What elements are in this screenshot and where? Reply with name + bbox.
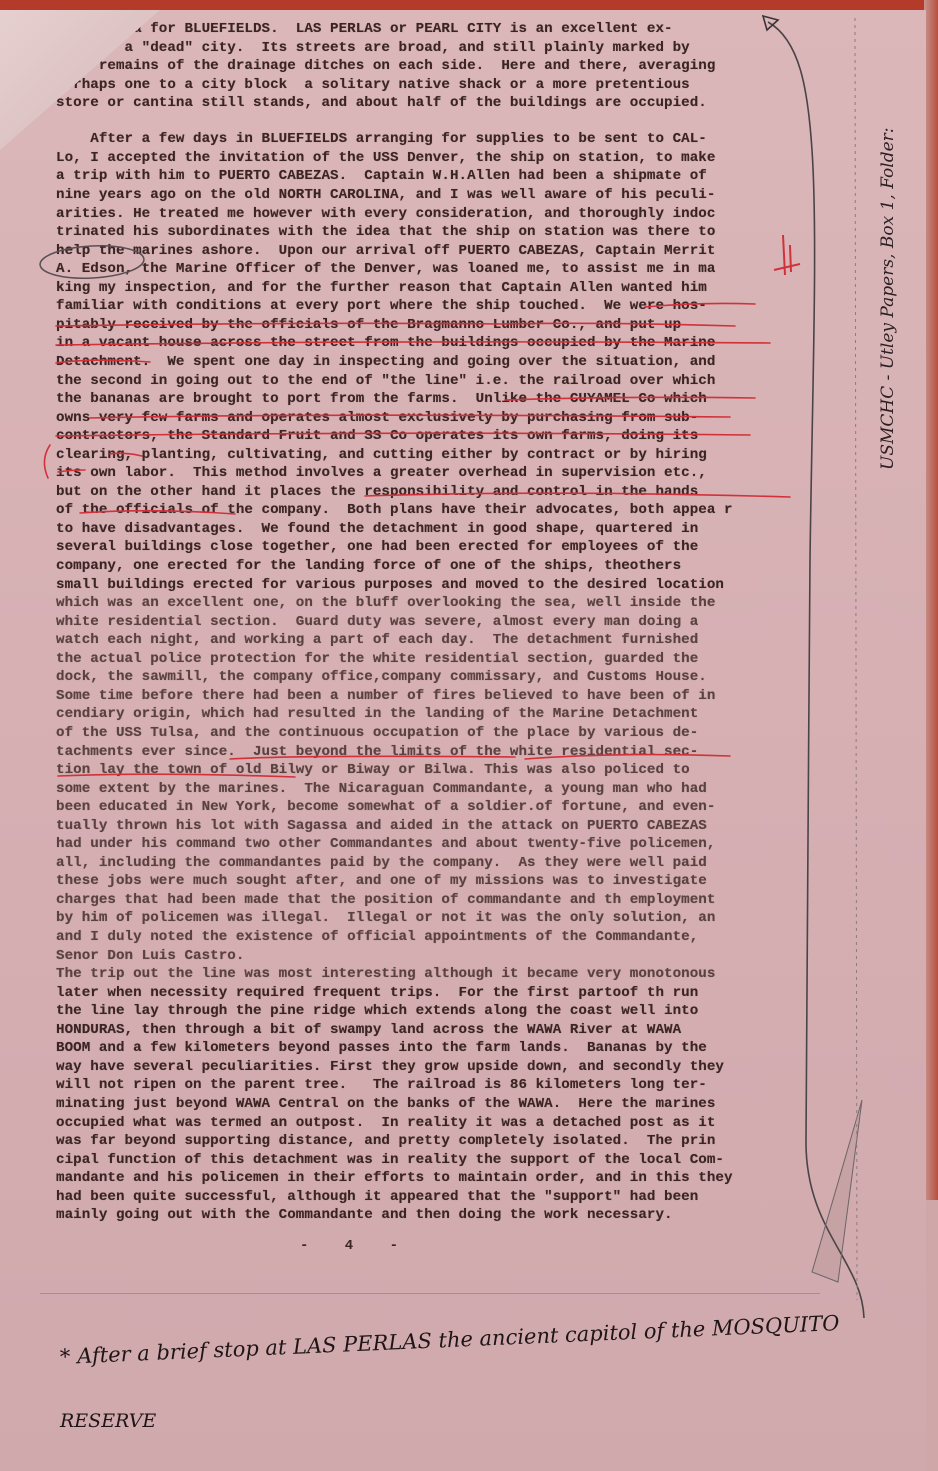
- typed-line: A. Edson, the Marine Officer of the Denv…: [56, 260, 715, 278]
- typed-line: Senor Don Luis Castro.: [56, 947, 244, 965]
- typed-line: he remains of the drainage ditches on ea…: [56, 57, 715, 75]
- typed-line: a trip with him to PUERTO CABEZAS. Capta…: [56, 167, 707, 185]
- typed-line: mainly going out with the Commandante an…: [56, 1206, 673, 1224]
- typed-line: le of a "dead" city. Its streets are bro…: [56, 39, 690, 57]
- typed-line: and I duly noted the existence of offici…: [56, 928, 698, 946]
- typed-line: nine years ago on the old NORTH CAROLINA…: [56, 186, 715, 204]
- typed-line: The trip out the line was most interesti…: [56, 965, 715, 983]
- margin-archive-note: USMCHC - Utley Papers, Box 1, Folder:: [878, 127, 898, 470]
- typed-line: been educated in New York, become somewh…: [56, 798, 715, 816]
- typed-line: some extent by the marines. The Nicaragu…: [56, 780, 707, 798]
- typed-line: pitably received by the officials of the…: [56, 316, 681, 334]
- typed-line: but on the other hand it places the resp…: [56, 483, 698, 501]
- typed-line: HONDURAS, then through a bit of swampy l…: [56, 1021, 681, 1039]
- typed-line: arities. He treated me however with ever…: [56, 205, 715, 223]
- typed-line: several buildings close together, one ha…: [56, 538, 698, 556]
- typed-line: perhaps one to a city block a solitary n…: [56, 76, 690, 94]
- typed-line: minating just beyond WAWA Central on the…: [56, 1095, 715, 1113]
- typed-line: Lo, I accepted the invitation of the USS…: [56, 149, 715, 167]
- handwritten-footnote-continued: RESERVE: [60, 1410, 156, 1432]
- typed-line: will not ripen on the parent tree. The r…: [56, 1076, 707, 1094]
- typed-line: mandante and his policemen in their effo…: [56, 1169, 733, 1187]
- typed-line: of the USS Tulsa, and the continuous occ…: [56, 724, 698, 742]
- typed-line: to have disadvantages. We found the deta…: [56, 520, 698, 538]
- typed-line: small buildings erected for various purp…: [56, 576, 724, 594]
- typed-line: After a few days in BLUEFIELDS arranging…: [56, 130, 707, 148]
- typed-body: t to sea for BLUEFIELDS. LAS PERLAS or P…: [0, 10, 926, 1310]
- typewritten-page: t to sea for BLUEFIELDS. LAS PERLAS or P…: [0, 10, 926, 1471]
- typed-line: tually thrown his lot with Sagassa and a…: [56, 817, 707, 835]
- typed-line: tion lay the town of old Bilwy or Biway …: [56, 761, 690, 779]
- typed-line: the actual police protection for the whi…: [56, 650, 698, 668]
- typed-line: Detachment. We spent one day in inspecti…: [56, 353, 715, 371]
- typed-line: which was an excellent one, on the bluff…: [56, 594, 715, 612]
- typed-line: its own labor. This method involves a gr…: [56, 464, 707, 482]
- typed-line: charges that had been made that the posi…: [56, 891, 715, 909]
- typed-line: in a vacant house across the street from…: [56, 334, 715, 352]
- page-number: - 4 -: [300, 1238, 412, 1254]
- fold-crease: [40, 1293, 820, 1294]
- background-edge-right: [924, 0, 938, 1200]
- typed-line: the bananas are brought to port from the…: [56, 390, 707, 408]
- typed-line: the second in going out to the end of "t…: [56, 372, 715, 390]
- typed-line: occupied what was termed an outpost. In …: [56, 1114, 715, 1132]
- typed-line: dock, the sawmill, the company office,co…: [56, 668, 707, 686]
- typed-line: all, including the commandantes paid by …: [56, 854, 707, 872]
- typed-line: cipal function of this detachment was in…: [56, 1151, 724, 1169]
- typed-line: owns very few farms and operates almost …: [56, 409, 698, 427]
- typed-line: tachments ever since. Just beyond the li…: [56, 743, 698, 761]
- typed-line: BOOM and a few kilometers beyond passes …: [56, 1039, 707, 1057]
- typed-line: the line lay through the pine ridge whic…: [56, 1002, 698, 1020]
- typed-line: later when necessity required frequent t…: [56, 984, 698, 1002]
- typed-line: had under his command two other Commanda…: [56, 835, 715, 853]
- typed-line: had been quite successful, although it a…: [56, 1188, 698, 1206]
- typed-line: store or cantina still stands, and about…: [56, 94, 707, 112]
- typed-line: by him of policemen was illegal. Illegal…: [56, 909, 715, 927]
- typed-line: contractors, the Standard Fruit and SS C…: [56, 427, 698, 445]
- background-edge-top: [0, 0, 938, 10]
- typed-line: familiar with conditions at every port w…: [56, 297, 707, 315]
- typed-line: way have several peculiarities. First th…: [56, 1058, 724, 1076]
- typed-line: t to sea for BLUEFIELDS. LAS PERLAS or P…: [56, 20, 673, 38]
- typed-line: of the officials of the company. Both pl…: [56, 501, 733, 519]
- typed-line: king my inspection, and for the further …: [56, 279, 707, 297]
- typed-line: help the marines ashore. Upon our arriva…: [56, 242, 715, 260]
- typed-line: these jobs were much sought after, and o…: [56, 872, 707, 890]
- typed-line: watch each night, and working a part of …: [56, 631, 698, 649]
- typed-line: white residential section. Guard duty wa…: [56, 613, 698, 631]
- typed-line: company, one erected for the landing for…: [56, 557, 681, 575]
- typed-line: trinated his subordinates with the idea …: [56, 223, 715, 241]
- typed-line: Some time before there had been a number…: [56, 687, 715, 705]
- typed-line: was far beyond supporting distance, and …: [56, 1132, 715, 1150]
- typed-line: cendiary origin, which had resulted in t…: [56, 705, 698, 723]
- typed-line: clearing, planting, cultivating, and cut…: [56, 446, 707, 464]
